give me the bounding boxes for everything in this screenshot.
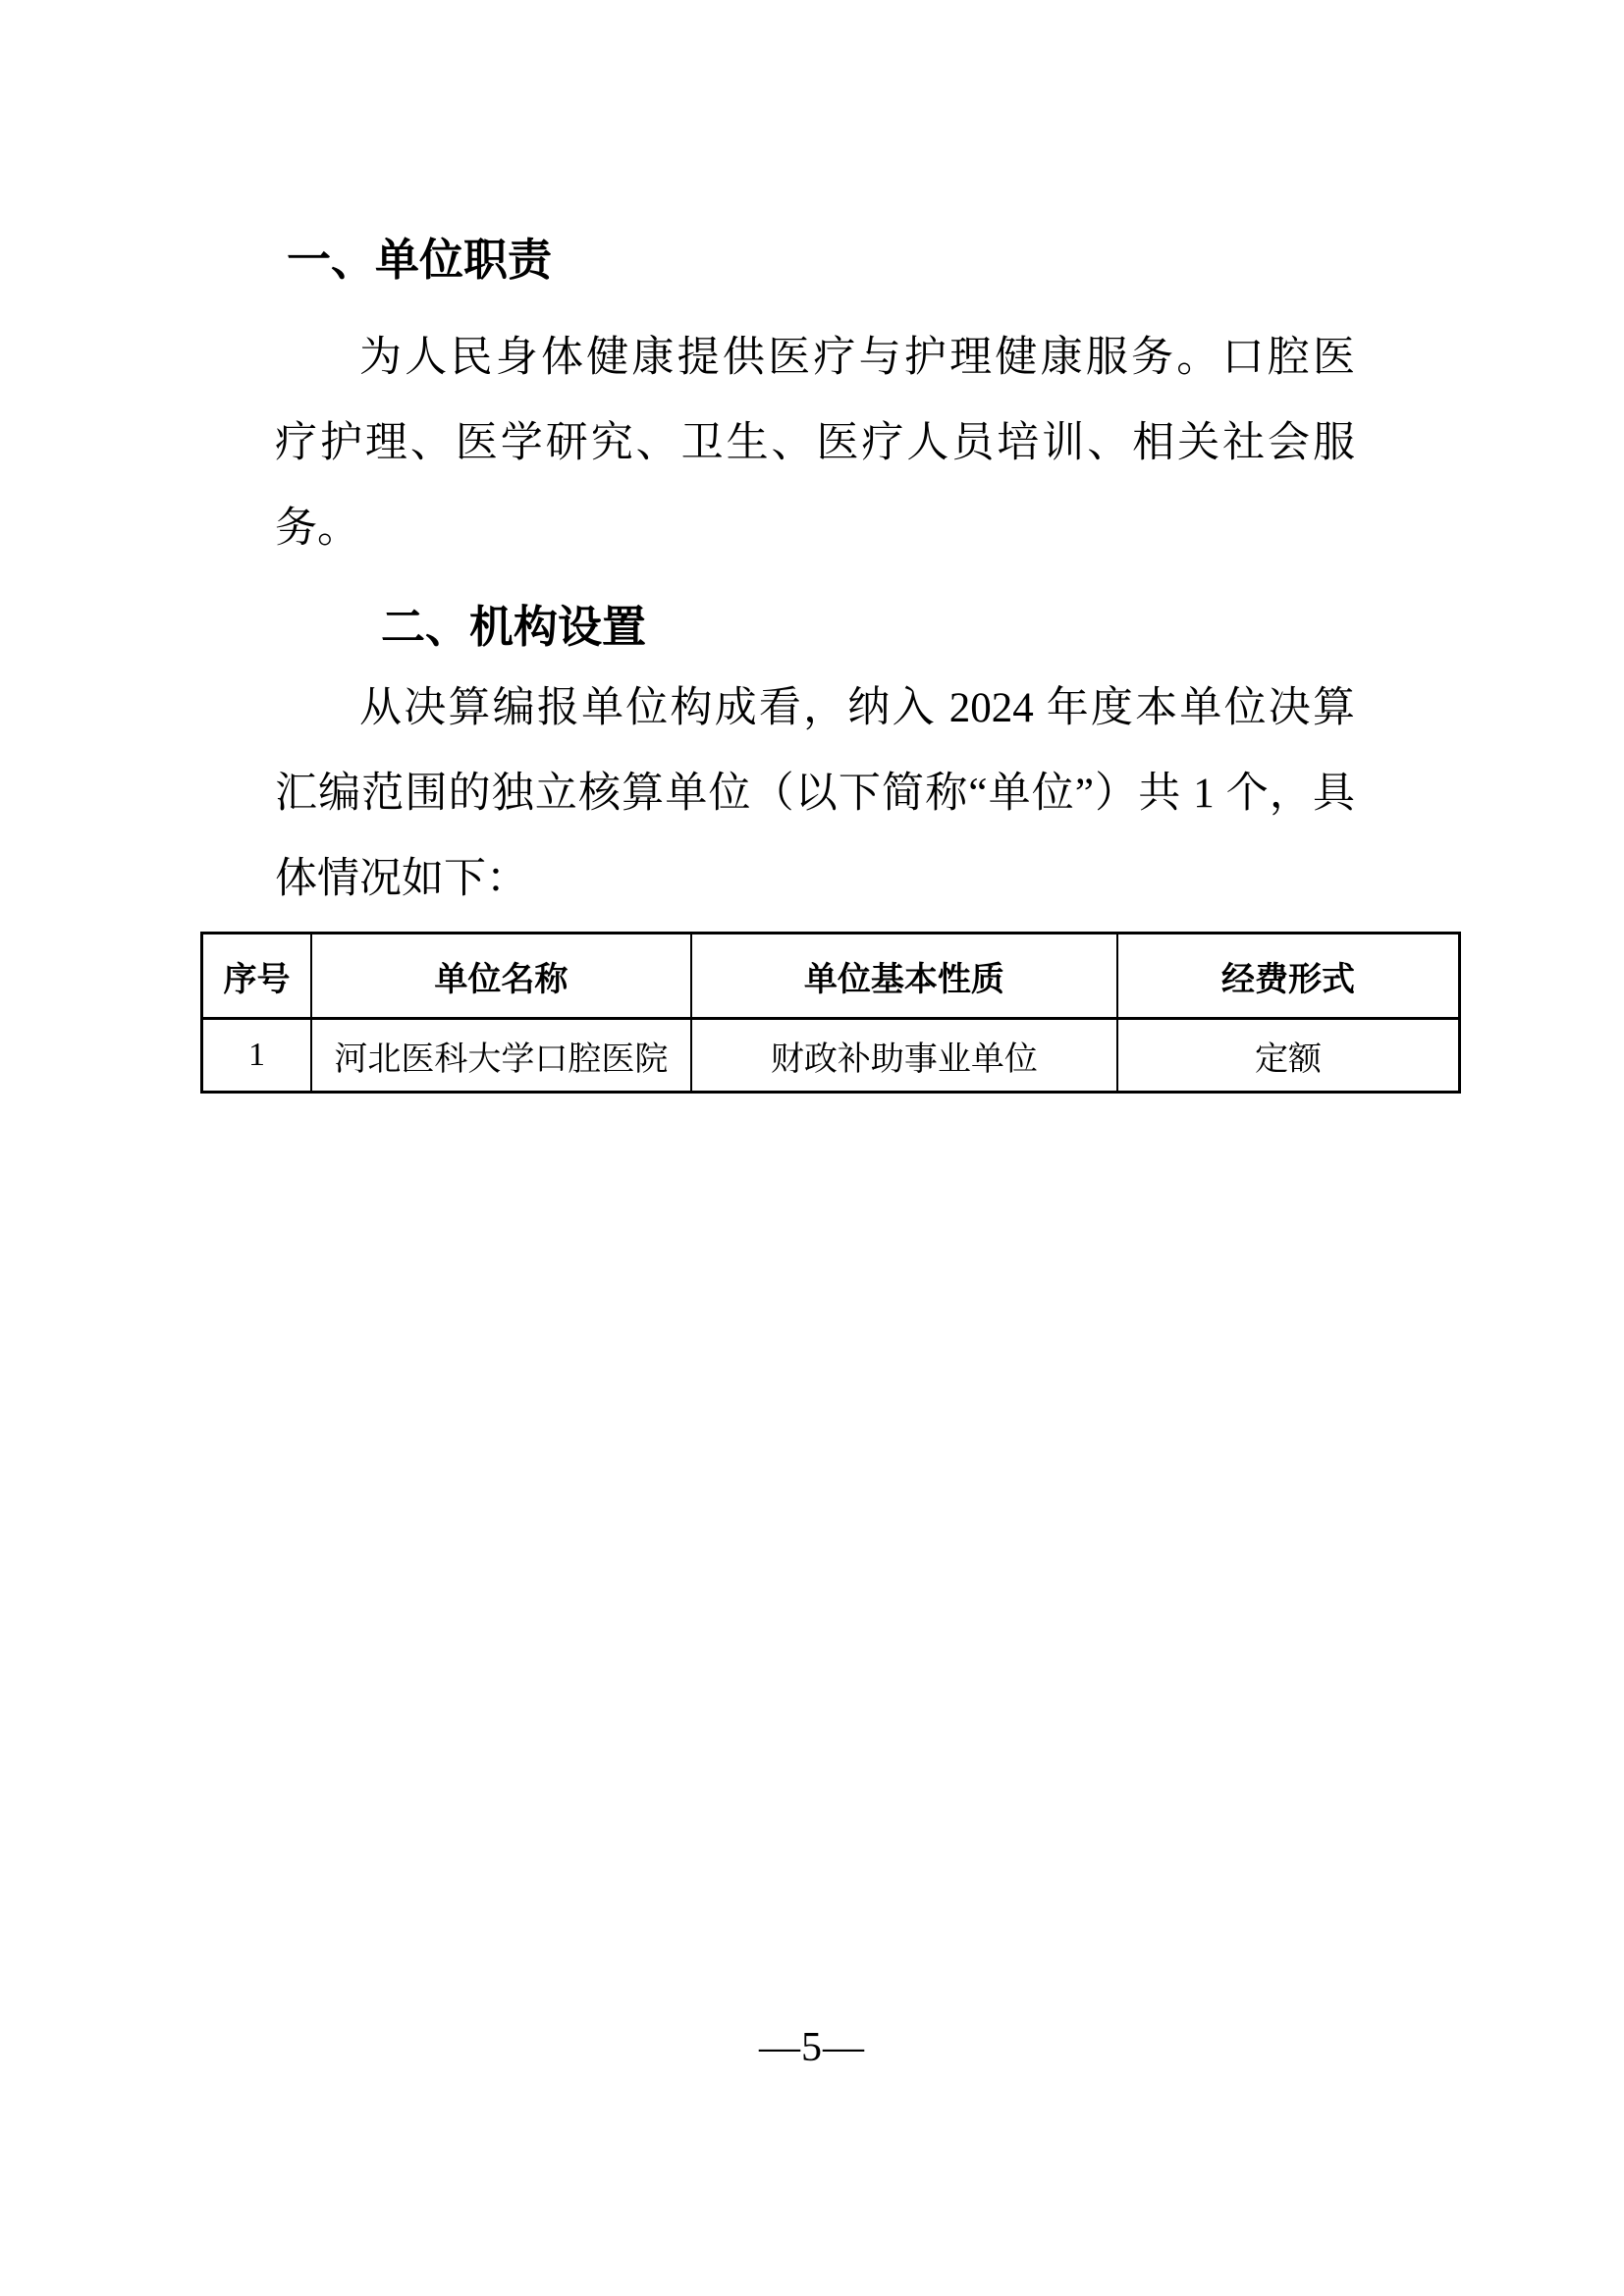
table-cell-unit-nature: 财政补助事业单位	[691, 1019, 1117, 1093]
table-header-funding-type: 经费形式	[1117, 934, 1459, 1019]
section-heading-organization-setup: 二、机构设置	[381, 599, 646, 656]
paragraph-line: 务。	[275, 486, 1355, 571]
table-header-unit-nature: 单位基本性质	[691, 934, 1117, 1019]
table-cell-unit-name: 河北医科大学口腔医院	[311, 1019, 691, 1093]
table-cell-funding-type: 定额	[1117, 1019, 1459, 1093]
paragraph-line: 为人民身体健康提供医疗与护理健康服务。口腔医	[275, 315, 1355, 400]
unit-list-table: 序号 单位名称 单位基本性质 经费形式 1 河北医科大学口腔医院 财政补助事业单…	[200, 932, 1461, 1094]
table-header-seq: 序号	[202, 934, 311, 1019]
paragraph-unit-duties: 为人民身体健康提供医疗与护理健康服务。口腔医 疗护理、医学研究、卫生、医疗人员培…	[275, 315, 1355, 571]
page-number: —5—	[0, 2024, 1624, 2071]
paragraph-line: 体情况如下：	[275, 836, 1355, 922]
table-row: 1 河北医科大学口腔医院 财政补助事业单位 定额	[202, 1019, 1460, 1093]
document-page: 一、单位职责 为人民身体健康提供医疗与护理健康服务。口腔医 疗护理、医学研究、卫…	[0, 0, 1624, 2296]
paragraph-organization-setup: 从决算编报单位构成看，纳入 2024 年度本单位决算 汇编范围的独立核算单位（以…	[275, 666, 1355, 922]
paragraph-line: 汇编范围的独立核算单位（以下简称“单位”）共 1 个，具	[275, 751, 1355, 836]
table-header-row: 序号 单位名称 单位基本性质 经费形式	[202, 934, 1460, 1019]
section-heading-unit-duties: 一、单位职责	[287, 232, 552, 289]
table-header-unit-name: 单位名称	[311, 934, 691, 1019]
table-cell-seq: 1	[202, 1019, 311, 1093]
paragraph-line: 疗护理、医学研究、卫生、医疗人员培训、相关社会服	[275, 400, 1355, 486]
paragraph-line: 从决算编报单位构成看，纳入 2024 年度本单位决算	[275, 666, 1355, 751]
